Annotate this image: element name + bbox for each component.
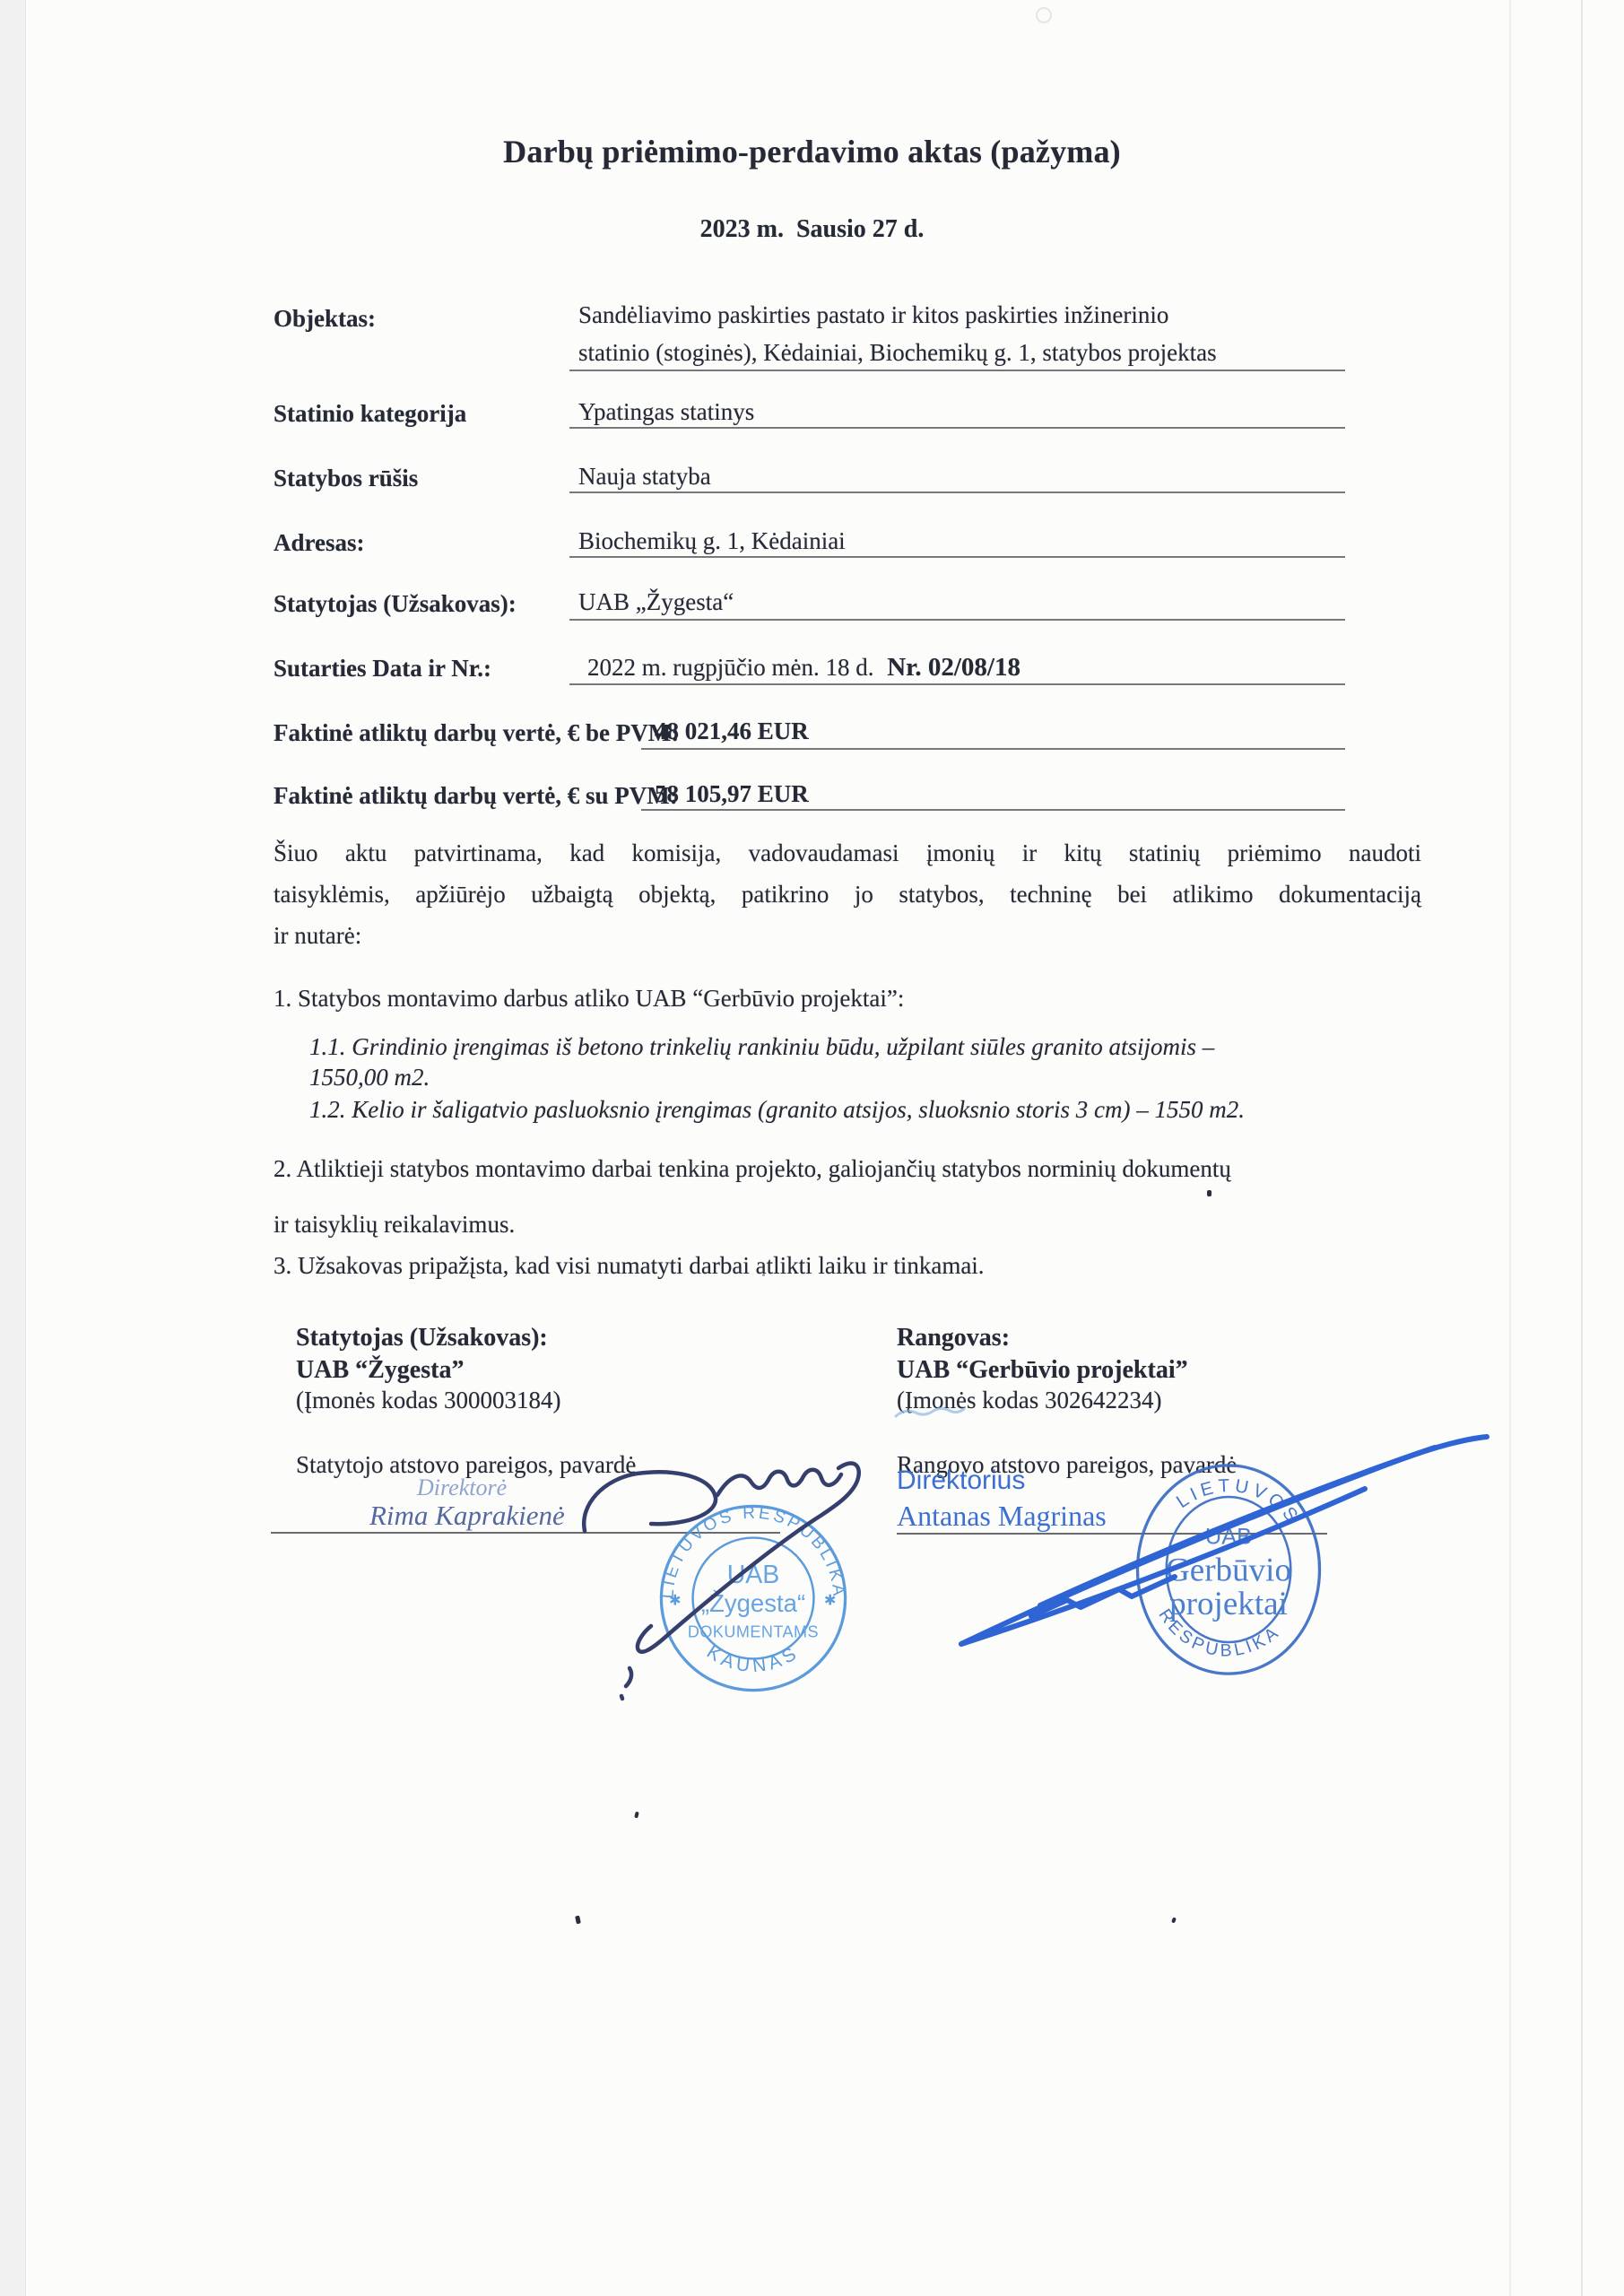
field-value: UAB „Žygesta“ (578, 588, 734, 616)
field-underline (569, 683, 1345, 685)
scan-speck (634, 1812, 639, 1819)
field-value-line2: statinio (stoginės), Kėdainiai, Biochemi… (578, 339, 1217, 367)
signatory-code: (Įmonės kodas 300003184) (296, 1387, 560, 1414)
field-label: Sutarties Data ir Nr.: (274, 655, 491, 683)
document-date: 2023 m. Sausio 27 d. (0, 215, 1624, 244)
field-value: Nauja statyba (578, 463, 711, 491)
statement-line: Šiuo aktu patvirtinama, kad komisija, va… (274, 839, 1421, 867)
list-item-3: 3. Užsakovas pripažįsta, kad visi numaty… (274, 1252, 985, 1280)
list-item-2-line1: 2. Atliktieji statybos montavimo darbai … (274, 1155, 1231, 1183)
field-label: Statytojas (Užsakovas): (274, 590, 517, 618)
field-value: Ypatingas statinys (578, 398, 754, 426)
scan-speck (762, 1274, 765, 1276)
field-label: Statybos rūšis (274, 465, 418, 492)
handwritten-signature-left (565, 1448, 879, 1709)
scan-edge-strip (0, 0, 26, 2296)
list-item-2-line2: ir taisyklių reikalavimus. (274, 1211, 515, 1239)
field-value: 2022 m. rugpjūčio mėn. 18 d. Nr. 02/08/1… (587, 653, 1020, 683)
field-underline (569, 556, 1345, 558)
field-underline (569, 619, 1345, 621)
statement-line: taisyklėmis, apžiūrėjo užbaigtą objektą,… (274, 881, 1421, 909)
scan-artifact-line-2 (1581, 0, 1583, 2296)
signatory-company: UAB “Gerbūvio projektai” (897, 1356, 1188, 1385)
field-value: Biochemikų g. 1, Kėdainiai (578, 527, 846, 555)
stamped-role-left: Direktorė (417, 1474, 507, 1501)
signatory-heading: Statytojas (Užsakovas): (296, 1324, 548, 1352)
field-label: Adresas: (274, 529, 365, 557)
field-label: Faktinė atliktų darbų vertė, € su PVM: (274, 782, 678, 810)
field-underline (569, 427, 1345, 429)
field-label: Faktinė atliktų darbų vertė, € be PVM: (274, 719, 679, 747)
scan-artifact-ring (1036, 7, 1052, 23)
field-underline (641, 809, 1345, 811)
scan-speck (575, 1916, 581, 1925)
scan-artifact-line-1 (1509, 0, 1511, 2296)
list-item-1-2: 1.2. Kelio ir šaligatvio pasluoksnio įre… (309, 1096, 1245, 1124)
field-value: 48 021,46 EUR (655, 717, 809, 745)
document-title: Darbų priėmimo-perdavimo aktas (pažyma) (0, 133, 1624, 170)
list-item-1-1-line2: 1550,00 m2. (309, 1064, 430, 1091)
field-value-number: Nr. 02/08/18 (887, 653, 1020, 682)
scan-speck (1171, 1917, 1177, 1923)
field-value-regular: 2022 m. rugpjūčio mėn. 18 d. (587, 654, 873, 681)
field-value-line1: Sandėliavimo paskirties pastato ir kitos… (578, 301, 1168, 329)
list-item-1: 1. Statybos montavimo darbus atliko UAB … (274, 985, 904, 1013)
ink-smudge (892, 1404, 973, 1425)
scanned-document-page: Darbų priėmimo-perdavimo aktas (pažyma) … (0, 0, 1624, 2296)
signatory-heading: Rangovas: (897, 1324, 1010, 1352)
statement-line: ir nutarė: (274, 922, 361, 950)
field-underline (569, 491, 1345, 493)
field-value: 58 105,97 EUR (655, 780, 809, 808)
handwritten-signature-right (942, 1417, 1515, 1668)
scan-speck (1207, 1190, 1211, 1196)
field-underline (641, 748, 1345, 750)
field-label: Statinio kategorija (274, 400, 466, 428)
list-item-1-1-line1: 1.1. Grindinio įrengimas iš betono trink… (309, 1033, 1214, 1061)
field-underline (569, 370, 1345, 371)
field-label: Objektas: (274, 305, 376, 333)
signatory-name-left: Rima Kaprakienė (369, 1500, 565, 1532)
signatory-company: UAB “Žygesta” (296, 1356, 464, 1385)
